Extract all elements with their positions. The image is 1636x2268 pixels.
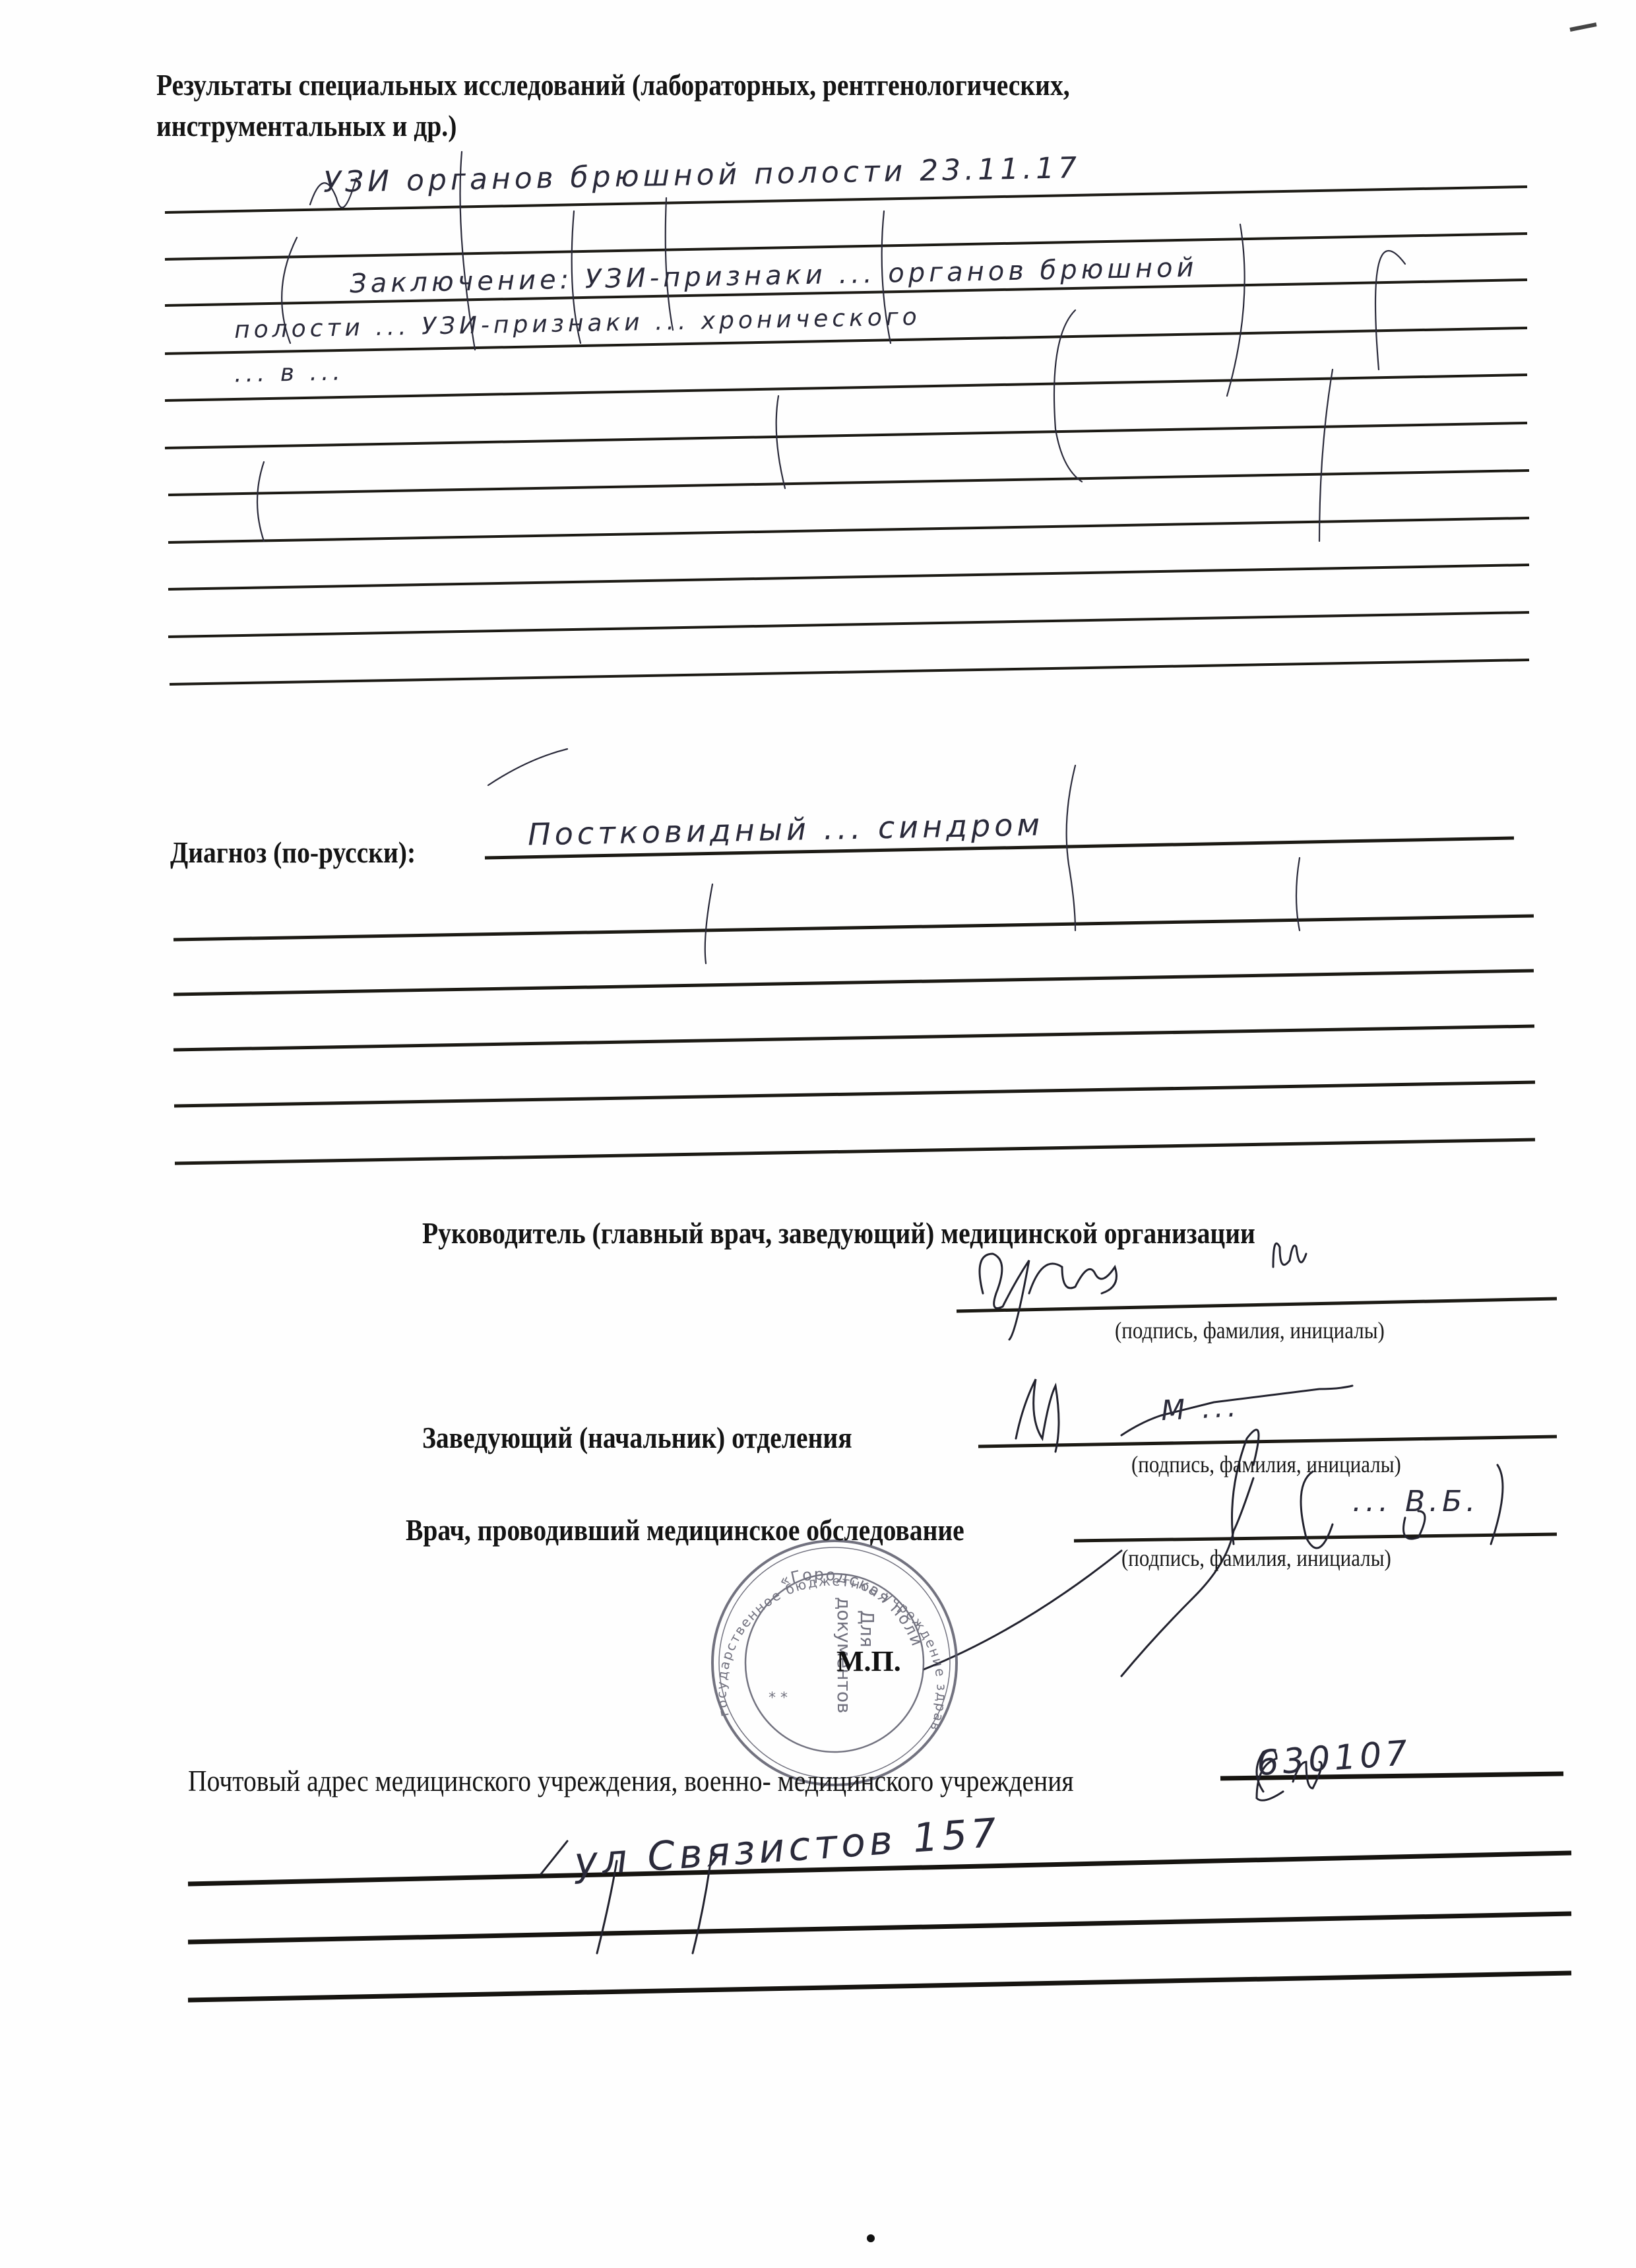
diagnosis-ruled-lines (173, 838, 1535, 1163)
results-entry-4: ... в ... (234, 358, 345, 387)
stamp-center-line1: Для (856, 1610, 878, 1648)
scanned-document-page: государственное бюджетное учреждение здр… (0, 0, 1636, 2268)
head-of-org-label: Руководитель (главный врач, заведующий) … (422, 1214, 1255, 1252)
results-heading-line2: инструментальных и др.) (156, 107, 456, 145)
results-heading-line1: Результаты специальных исследований (лаб… (156, 66, 1070, 104)
stamp-mp-label: М.П. (836, 1644, 901, 1678)
diagnosis-label: Диагноз (по-русски): (170, 833, 416, 872)
postal-address-label: Почтовый адрес медицинского учреждения, … (188, 1762, 1074, 1800)
head-of-department-signature: М ... (1160, 1390, 1241, 1427)
head-of-org-hint: (подпись, фамилия, инициалы) (1115, 1316, 1385, 1344)
head-of-department-label: Заведующий (начальник) отделения (422, 1419, 852, 1457)
speck (867, 2234, 875, 2242)
examining-doctor-label: Врач, проводивший медицинское обследован… (406, 1511, 964, 1549)
address-lines (188, 1774, 1571, 2000)
svg-text:* *: * * (769, 1690, 788, 1706)
examining-doctor-signature: ... В.Б. (1352, 1485, 1479, 1518)
examining-doctor-hint: (подпись, фамилия, инициалы) (1121, 1544, 1391, 1572)
speck (1570, 24, 1596, 30)
head-of-department-hint: (подпись, фамилия, инициалы) (1131, 1450, 1401, 1478)
